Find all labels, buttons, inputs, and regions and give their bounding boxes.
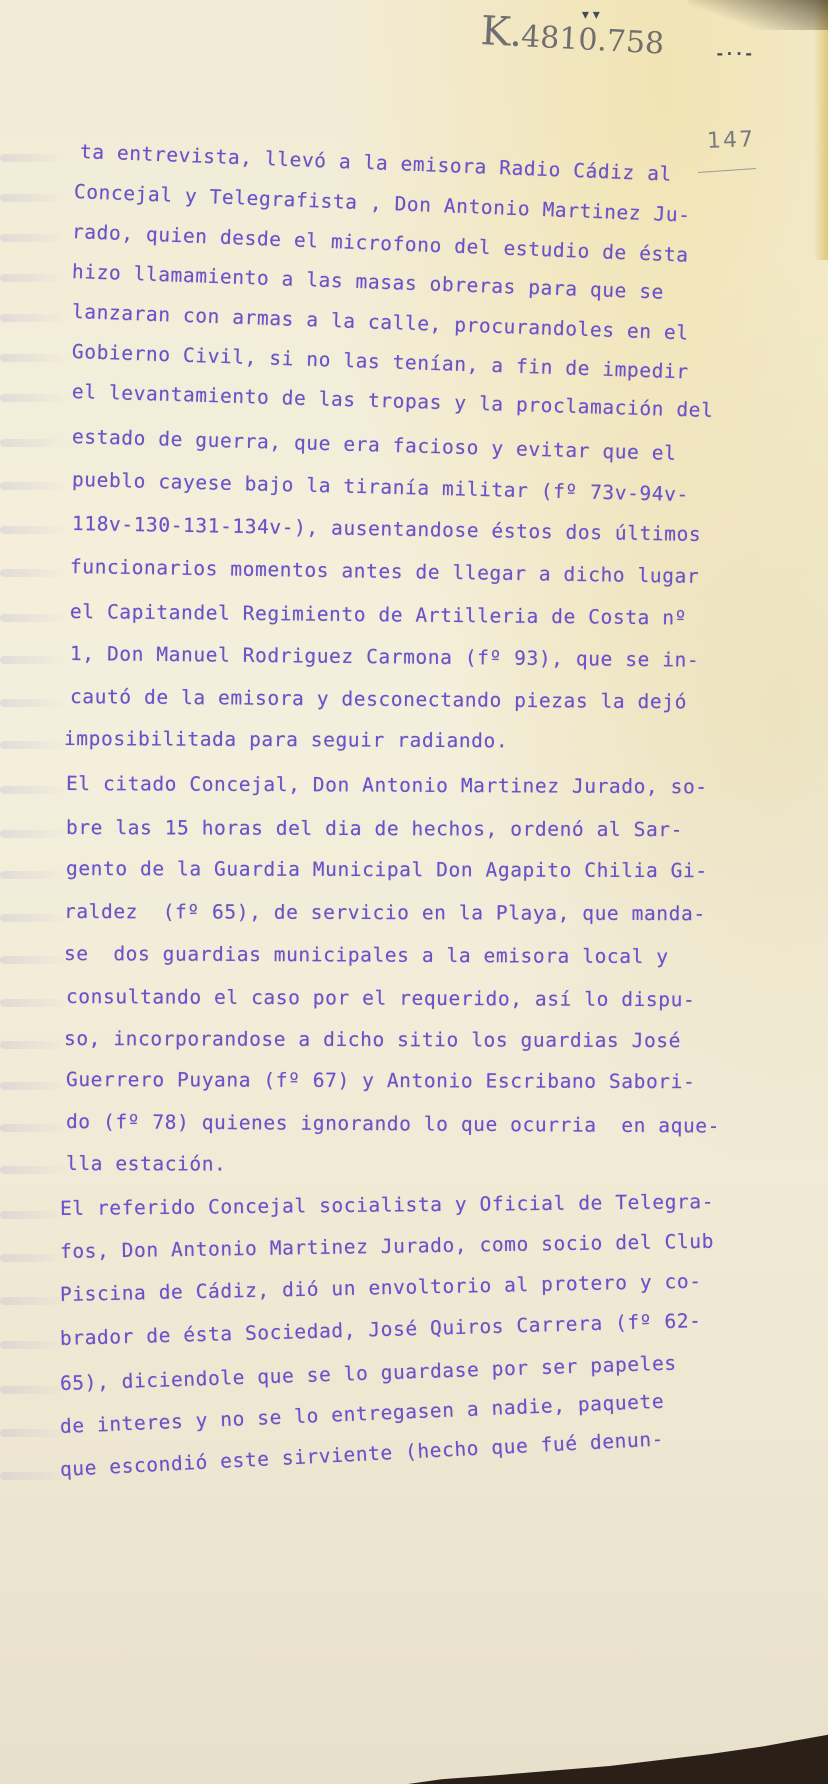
- folio-number: 147: [707, 127, 756, 154]
- bleed-through-text: [0, 234, 68, 242]
- text-line: raldez (fº 65), de servicio en la Playa,…: [64, 900, 706, 925]
- text-line: 1, Don Manuel Rodriguez Carmona (fº 93),…: [70, 642, 700, 672]
- text-line: estado de guerra, que era facioso y evit…: [72, 425, 677, 465]
- text-line: 118v-130-131-134v-), ausentandose éstos …: [72, 512, 702, 546]
- text-line: Guerrero Puyana (fº 67) y Antonio Escrib…: [66, 1068, 695, 1093]
- text-line: consultando el caso por el requerido, as…: [66, 985, 695, 1011]
- bleed-through-text: [0, 999, 68, 1007]
- bleed-through-text: [0, 1341, 68, 1349]
- bleed-through-text: [0, 1082, 68, 1090]
- text-line: que escondió este sirviente (hecho que f…: [59, 1427, 664, 1481]
- text-line: el levantamiento de las tropas y la proc…: [72, 380, 714, 422]
- text-line: Concejal y Telegrafista , Don Antonio Ma…: [74, 180, 691, 227]
- text-line: Piscina de Cádiz, dió un envoltorio al p…: [60, 1270, 702, 1306]
- bleed-through-text: [0, 656, 68, 664]
- text-line: lla estación.: [66, 1152, 227, 1176]
- bleed-through-text: [0, 154, 68, 162]
- text-line: bre las 15 horas del dia de hechos, orde…: [66, 816, 683, 841]
- bleed-through-text: [0, 439, 68, 447]
- text-line: el Capitandel Regimiento de Artilleria d…: [70, 600, 687, 629]
- stamp-side-marks: -··-: [715, 44, 754, 63]
- stamp-prefix: K.: [480, 8, 523, 56]
- folio-underline: [698, 168, 756, 173]
- text-line: funcionarios momentos antes de llegar a …: [70, 555, 700, 588]
- text-line: gento de la Guardia Municipal Don Agapit…: [66, 857, 708, 882]
- bleed-through-text: [0, 614, 68, 622]
- bleed-through-text: [0, 1254, 68, 1262]
- bleed-through-text: [0, 1386, 68, 1394]
- bleed-through-text: [0, 314, 68, 322]
- bleed-through-text: [0, 1472, 68, 1480]
- bleed-through-text: [0, 526, 68, 534]
- text-line: El citado Concejal, Don Antonio Martinez…: [66, 772, 708, 798]
- bleed-through-text: [0, 1166, 68, 1174]
- bleed-through-text: [0, 914, 68, 922]
- text-line: hizo llamamiento a las masas obreras par…: [72, 260, 665, 304]
- bleed-through-text: [0, 1211, 68, 1219]
- bleed-through-text: [0, 871, 68, 879]
- text-line: de interes y no se lo entregasen a nadie…: [60, 1390, 665, 1438]
- bleed-through-text: [0, 830, 68, 838]
- stamp-number: 4810.758: [520, 19, 665, 61]
- text-line: cautó de la emisora y desconectando piez…: [70, 685, 687, 713]
- text-line: pueblo cayese bajo la tiranía militar (f…: [72, 468, 689, 506]
- paper-edge-stain: [814, 0, 828, 260]
- bleed-through-text: [0, 482, 68, 490]
- document-page: ▾▾ K.4810.758 -··- 147 ta entrevista, ll…: [0, 0, 828, 1784]
- archive-stamp: K.4810.758: [480, 8, 666, 64]
- bleed-through-text: [0, 194, 68, 202]
- text-line: se dos guardias municipales a la emisora…: [64, 942, 669, 968]
- text-line: so, incorporandose a dicho sitio los gua…: [64, 1027, 681, 1052]
- text-line: do (fº 78) quienes ignorando lo que ocur…: [66, 1110, 720, 1138]
- bleed-through-text: [0, 1429, 68, 1437]
- paper-corner-shadow: [688, 0, 828, 30]
- bleed-through-text: [0, 741, 68, 749]
- text-line: El referido Concejal socialista y Oficia…: [60, 1190, 714, 1220]
- bleed-through-text: [0, 1124, 68, 1132]
- text-line: fos, Don Antonio Martinez Jurado, como s…: [60, 1230, 714, 1263]
- bleed-through-text: [0, 1297, 68, 1305]
- bleed-through-text: [0, 1041, 68, 1049]
- bleed-through-text: [0, 354, 68, 362]
- bleed-through-text: [0, 956, 68, 964]
- text-line: rado, quien desde el microfono del estud…: [72, 220, 689, 267]
- bleed-through-text: [0, 786, 68, 794]
- text-line: ta entrevista, llevó a la emisora Radio …: [80, 140, 673, 186]
- bleed-through-text: [0, 274, 68, 282]
- bleed-through-text: [0, 569, 68, 577]
- torn-paper-edge: [408, 1724, 828, 1784]
- bleed-through-text: [0, 699, 68, 707]
- text-line: lanzaran con armas a la calle, procurand…: [72, 300, 689, 345]
- bleed-through-text: [0, 394, 68, 402]
- text-line: Gobierno Civil, si no las tenían, a fin …: [72, 340, 689, 383]
- text-line: brador de ésta Sociedad, José Quiros Car…: [60, 1309, 702, 1350]
- text-line: 65), diciendole que se lo guardase por s…: [60, 1352, 677, 1395]
- text-line: imposibilitada para seguir radiando.: [64, 727, 508, 752]
